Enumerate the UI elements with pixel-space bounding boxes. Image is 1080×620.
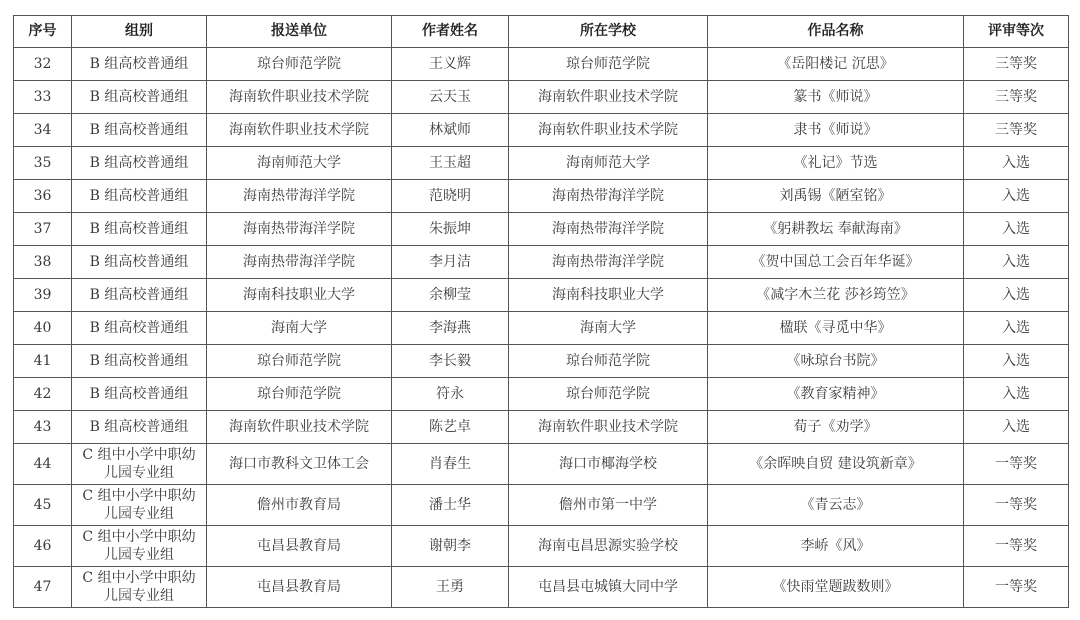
cell-unit: 海南热带海洋学院 bbox=[207, 213, 392, 246]
cell-unit: 海南师范大学 bbox=[207, 147, 392, 180]
header-author: 作者姓名 bbox=[392, 16, 509, 48]
cell-unit: 琼台师范学院 bbox=[207, 345, 392, 378]
cell-group: B 组高校普通组 bbox=[72, 48, 207, 81]
cell-author: 范晓明 bbox=[392, 180, 509, 213]
cell-award: 入选 bbox=[964, 213, 1069, 246]
table-row: 41B 组高校普通组琼台师范学院李长毅琼台师范学院《咏琼台书院》入选 bbox=[14, 345, 1069, 378]
cell-group-line2: 儿园专业组 bbox=[74, 464, 204, 482]
cell-unit: 海口市教科文卫体工会 bbox=[207, 444, 392, 485]
table-row: 42B 组高校普通组琼台师范学院符永琼台师范学院《教育家精神》入选 bbox=[14, 378, 1069, 411]
cell-group: B 组高校普通组 bbox=[72, 180, 207, 213]
cell-group: C 组中小学中职幼儿园专业组 bbox=[72, 526, 207, 567]
cell-no: 47 bbox=[14, 567, 72, 608]
cell-school: 海南热带海洋学院 bbox=[509, 213, 708, 246]
header-row: 序号 组别 报送单位 作者姓名 所在学校 作品名称 评审等次 bbox=[14, 16, 1069, 48]
table-row: 43B 组高校普通组海南软件职业技术学院陈艺卓海南软件职业技术学院荀子《劝学》入… bbox=[14, 411, 1069, 444]
cell-school: 海南热带海洋学院 bbox=[509, 246, 708, 279]
cell-author: 余柳莹 bbox=[392, 279, 509, 312]
cell-unit: 海南大学 bbox=[207, 312, 392, 345]
cell-award: 入选 bbox=[964, 312, 1069, 345]
cell-school: 海南师范大学 bbox=[509, 147, 708, 180]
table-row: 46C 组中小学中职幼儿园专业组屯昌县教育局谢朝李海南屯昌思源实验学校李峤《风》… bbox=[14, 526, 1069, 567]
header-award: 评审等次 bbox=[964, 16, 1069, 48]
header-work: 作品名称 bbox=[708, 16, 964, 48]
cell-author: 符永 bbox=[392, 378, 509, 411]
cell-school: 儋州市第一中学 bbox=[509, 485, 708, 526]
cell-school: 琼台师范学院 bbox=[509, 48, 708, 81]
cell-work: 李峤《风》 bbox=[708, 526, 964, 567]
cell-no: 39 bbox=[14, 279, 72, 312]
cell-school: 海南大学 bbox=[509, 312, 708, 345]
table-row: 40B 组高校普通组海南大学李海燕海南大学楹联《寻觅中华》入选 bbox=[14, 312, 1069, 345]
cell-group: B 组高校普通组 bbox=[72, 411, 207, 444]
table-row: 38B 组高校普通组海南热带海洋学院李月洁海南热带海洋学院《贺中国总工会百年华诞… bbox=[14, 246, 1069, 279]
cell-no: 35 bbox=[14, 147, 72, 180]
cell-award: 三等奖 bbox=[964, 48, 1069, 81]
table-row: 32B 组高校普通组琼台师范学院王义辉琼台师范学院《岳阳楼记 沉思》三等奖 bbox=[14, 48, 1069, 81]
cell-work: 《咏琼台书院》 bbox=[708, 345, 964, 378]
cell-unit: 海南软件职业技术学院 bbox=[207, 411, 392, 444]
cell-author: 肖春生 bbox=[392, 444, 509, 485]
cell-work: 《快雨堂题跋数则》 bbox=[708, 567, 964, 608]
cell-unit: 儋州市教育局 bbox=[207, 485, 392, 526]
cell-group: C 组中小学中职幼儿园专业组 bbox=[72, 444, 207, 485]
table-row: 36B 组高校普通组海南热带海洋学院范晓明海南热带海洋学院刘禹锡《陋室铭》入选 bbox=[14, 180, 1069, 213]
cell-no: 36 bbox=[14, 180, 72, 213]
cell-author: 陈艺卓 bbox=[392, 411, 509, 444]
cell-unit: 琼台师范学院 bbox=[207, 378, 392, 411]
cell-group: B 组高校普通组 bbox=[72, 147, 207, 180]
cell-award: 一等奖 bbox=[964, 567, 1069, 608]
table-header: 序号 组别 报送单位 作者姓名 所在学校 作品名称 评审等次 bbox=[14, 16, 1069, 48]
cell-award: 三等奖 bbox=[964, 114, 1069, 147]
cell-award: 入选 bbox=[964, 345, 1069, 378]
cell-award: 入选 bbox=[964, 180, 1069, 213]
cell-author: 李月洁 bbox=[392, 246, 509, 279]
cell-author: 林斌师 bbox=[392, 114, 509, 147]
cell-work: 荀子《劝学》 bbox=[708, 411, 964, 444]
table-row: 33B 组高校普通组海南软件职业技术学院云天玉海南软件职业技术学院篆书《师说》三… bbox=[14, 81, 1069, 114]
cell-school: 海南软件职业技术学院 bbox=[509, 411, 708, 444]
awards-table: 序号 组别 报送单位 作者姓名 所在学校 作品名称 评审等次 32B 组高校普通… bbox=[13, 15, 1069, 608]
header-group: 组别 bbox=[72, 16, 207, 48]
cell-school: 屯昌县屯城镇大同中学 bbox=[509, 567, 708, 608]
cell-unit: 屯昌县教育局 bbox=[207, 567, 392, 608]
cell-work: 刘禹锡《陋室铭》 bbox=[708, 180, 964, 213]
cell-author: 李海燕 bbox=[392, 312, 509, 345]
table-row: 44C 组中小学中职幼儿园专业组海口市教科文卫体工会肖春生海口市椰海学校《余晖映… bbox=[14, 444, 1069, 485]
table-row: 34B 组高校普通组海南软件职业技术学院林斌师海南软件职业技术学院隶书《师说》三… bbox=[14, 114, 1069, 147]
cell-no: 44 bbox=[14, 444, 72, 485]
cell-unit: 海南热带海洋学院 bbox=[207, 246, 392, 279]
cell-work: 《礼记》节选 bbox=[708, 147, 964, 180]
cell-work: 楹联《寻觅中华》 bbox=[708, 312, 964, 345]
cell-no: 37 bbox=[14, 213, 72, 246]
cell-group: B 组高校普通组 bbox=[72, 345, 207, 378]
cell-author: 王义辉 bbox=[392, 48, 509, 81]
cell-group: B 组高校普通组 bbox=[72, 81, 207, 114]
cell-award: 入选 bbox=[964, 246, 1069, 279]
cell-work: 《教育家精神》 bbox=[708, 378, 964, 411]
cell-unit: 琼台师范学院 bbox=[207, 48, 392, 81]
cell-award: 入选 bbox=[964, 279, 1069, 312]
cell-work: 《躬耕教坛 奉献海南》 bbox=[708, 213, 964, 246]
cell-group: B 组高校普通组 bbox=[72, 246, 207, 279]
table-row: 45C 组中小学中职幼儿园专业组儋州市教育局潘士华儋州市第一中学《青云志》一等奖 bbox=[14, 485, 1069, 526]
cell-author: 云天玉 bbox=[392, 81, 509, 114]
cell-award: 入选 bbox=[964, 378, 1069, 411]
table-row: 35B 组高校普通组海南师范大学王玉超海南师范大学《礼记》节选入选 bbox=[14, 147, 1069, 180]
cell-school: 海南软件职业技术学院 bbox=[509, 81, 708, 114]
cell-award: 一等奖 bbox=[964, 444, 1069, 485]
table-row: 47C 组中小学中职幼儿园专业组屯昌县教育局王勇屯昌县屯城镇大同中学《快雨堂题跋… bbox=[14, 567, 1069, 608]
cell-no: 41 bbox=[14, 345, 72, 378]
cell-author: 王玉超 bbox=[392, 147, 509, 180]
cell-group: B 组高校普通组 bbox=[72, 213, 207, 246]
cell-no: 40 bbox=[14, 312, 72, 345]
cell-group: C 组中小学中职幼儿园专业组 bbox=[72, 567, 207, 608]
cell-group-line1: C 组中小学中职幼 bbox=[74, 446, 204, 464]
cell-author: 李长毅 bbox=[392, 345, 509, 378]
table-row: 37B 组高校普通组海南热带海洋学院朱振坤海南热带海洋学院《躬耕教坛 奉献海南》… bbox=[14, 213, 1069, 246]
cell-author: 谢朝李 bbox=[392, 526, 509, 567]
cell-work: 《余晖映自贸 建设筑新章》 bbox=[708, 444, 964, 485]
cell-no: 32 bbox=[14, 48, 72, 81]
cell-school: 海口市椰海学校 bbox=[509, 444, 708, 485]
header-school: 所在学校 bbox=[509, 16, 708, 48]
cell-group-line2: 儿园专业组 bbox=[74, 546, 204, 564]
cell-group: B 组高校普通组 bbox=[72, 312, 207, 345]
cell-group-line2: 儿园专业组 bbox=[74, 587, 204, 605]
cell-no: 43 bbox=[14, 411, 72, 444]
cell-no: 42 bbox=[14, 378, 72, 411]
cell-work: 篆书《师说》 bbox=[708, 81, 964, 114]
table-row: 39B 组高校普通组海南科技职业大学余柳莹海南科技职业大学《减字木兰花 莎衫筠笠… bbox=[14, 279, 1069, 312]
cell-group: B 组高校普通组 bbox=[72, 279, 207, 312]
cell-group-line1: C 组中小学中职幼 bbox=[74, 528, 204, 546]
cell-author: 朱振坤 bbox=[392, 213, 509, 246]
cell-unit: 屯昌县教育局 bbox=[207, 526, 392, 567]
cell-no: 33 bbox=[14, 81, 72, 114]
cell-unit: 海南软件职业技术学院 bbox=[207, 81, 392, 114]
cell-work: 《岳阳楼记 沉思》 bbox=[708, 48, 964, 81]
header-unit: 报送单位 bbox=[207, 16, 392, 48]
cell-group: C 组中小学中职幼儿园专业组 bbox=[72, 485, 207, 526]
cell-group-line1: C 组中小学中职幼 bbox=[74, 569, 204, 587]
cell-award: 一等奖 bbox=[964, 485, 1069, 526]
table-body: 32B 组高校普通组琼台师范学院王义辉琼台师范学院《岳阳楼记 沉思》三等奖33B… bbox=[14, 48, 1069, 608]
cell-award: 三等奖 bbox=[964, 81, 1069, 114]
cell-author: 王勇 bbox=[392, 567, 509, 608]
cell-group: B 组高校普通组 bbox=[72, 378, 207, 411]
cell-school: 琼台师范学院 bbox=[509, 378, 708, 411]
cell-school: 海南热带海洋学院 bbox=[509, 180, 708, 213]
header-no: 序号 bbox=[14, 16, 72, 48]
cell-work: 《青云志》 bbox=[708, 485, 964, 526]
cell-unit: 海南科技职业大学 bbox=[207, 279, 392, 312]
cell-no: 38 bbox=[14, 246, 72, 279]
cell-award: 入选 bbox=[964, 147, 1069, 180]
cell-author: 潘士华 bbox=[392, 485, 509, 526]
cell-no: 34 bbox=[14, 114, 72, 147]
cell-award: 入选 bbox=[964, 411, 1069, 444]
cell-work: 隶书《师说》 bbox=[708, 114, 964, 147]
cell-unit: 海南热带海洋学院 bbox=[207, 180, 392, 213]
cell-school: 海南屯昌思源实验学校 bbox=[509, 526, 708, 567]
cell-school: 琼台师范学院 bbox=[509, 345, 708, 378]
cell-group: B 组高校普通组 bbox=[72, 114, 207, 147]
cell-group-line2: 儿园专业组 bbox=[74, 505, 204, 523]
cell-group-line1: C 组中小学中职幼 bbox=[74, 487, 204, 505]
cell-school: 海南软件职业技术学院 bbox=[509, 114, 708, 147]
cell-unit: 海南软件职业技术学院 bbox=[207, 114, 392, 147]
cell-award: 一等奖 bbox=[964, 526, 1069, 567]
cell-work: 《贺中国总工会百年华诞》 bbox=[708, 246, 964, 279]
cell-no: 45 bbox=[14, 485, 72, 526]
cell-no: 46 bbox=[14, 526, 72, 567]
cell-work: 《减字木兰花 莎衫筠笠》 bbox=[708, 279, 964, 312]
cell-school: 海南科技职业大学 bbox=[509, 279, 708, 312]
